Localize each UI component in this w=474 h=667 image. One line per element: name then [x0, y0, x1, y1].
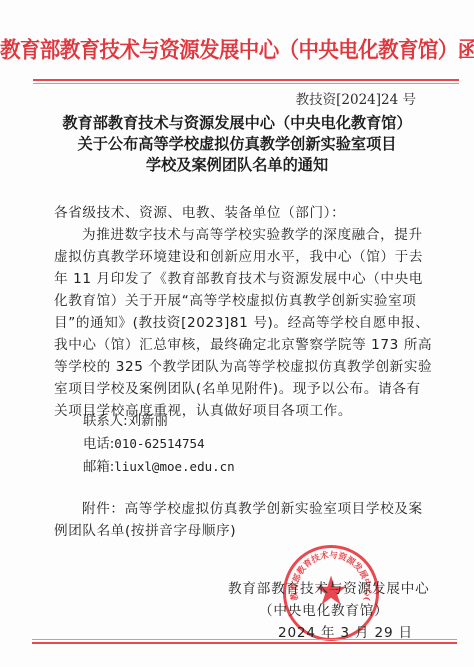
contact-phone: 电话:010-62514754	[83, 433, 235, 456]
contact-email: 邮箱:liuxl@moe.edu.cn	[83, 456, 235, 479]
letterhead-rule-thin	[33, 83, 459, 84]
contact-phone-number: 010-62514754	[114, 436, 204, 451]
paragraph-line: 虚拟仿真教学环境建设和创新应用水平，我中心（馆）于去	[54, 246, 434, 268]
contact-phone-label: 电话:	[83, 437, 114, 452]
paragraph-line: 等学校的 325 个教学团队为高等学校虚拟仿真教学创新实验	[54, 356, 434, 378]
title-line-2: 关于公布高等学校虚拟仿真教学创新实验室项目	[0, 134, 474, 155]
title-line-3: 学校及案例团队名单的通知	[0, 155, 474, 176]
signoff-date: 2024 年 3 月 29 日	[278, 622, 413, 644]
letterhead-rule-thick	[33, 79, 459, 81]
paragraph-line: 化教育馆）关于开展“高等学校虚拟仿真教学创新实验室项	[54, 290, 434, 312]
paragraph-line: 我中心（馆）汇总审核，最终确定北京警察学院等 173 所高	[54, 334, 434, 356]
letterhead-title: 教育部教育技术与资源发展中心（中央电化教育馆）函件	[0, 32, 474, 64]
footer-rule-thick	[32, 642, 457, 644]
signoff-org: 教育部教育技术与资源发展中心	[228, 578, 430, 600]
footer-rule-thin	[32, 639, 457, 640]
contact-person-label: 联系人:	[83, 414, 128, 429]
notice-title: 教育部教育技术与资源发展中心（中央电化教育馆） 关于公布高等学校虚拟仿真教学创新…	[0, 113, 474, 176]
title-line-1: 教育部教育技术与资源发展中心（中央电化教育馆）	[0, 113, 474, 134]
contact-block: 联系人:刘新丽 电话:010-62514754 邮箱:liuxl@moe.edu…	[83, 411, 235, 479]
notice-body: 各省级技术、资源、电教、装备单位（部门）： 为推进数字技术与高等学校实验教学的深…	[54, 202, 434, 422]
document-number: 教技资[2024]24 号	[296, 88, 416, 108]
attachment-line-2: 例团队名单(按拼音字母顺序)	[54, 520, 423, 542]
signoff-org-alt: （中央电化教育馆）	[259, 600, 389, 622]
paragraph-line: 室项目学校及案例团队(名单见附件)。现予以公布。请各有	[54, 378, 434, 400]
paragraph-line: 目”的通知》(教技资[2023]81 号)。经高等学校自愿申报、	[54, 312, 434, 334]
paragraph-line: 年 11 月印发了《教育部教育技术与资源发展中心（中央电	[54, 268, 434, 290]
contact-email-address[interactable]: liuxl@moe.edu.cn	[114, 459, 234, 474]
contact-email-label: 邮箱:	[83, 460, 114, 475]
contact-person: 联系人:刘新丽	[83, 411, 235, 433]
document-page: 教育部教育技术与资源发展中心（中央电化教育馆）函件 教技资[2024]24 号 …	[0, 0, 474, 667]
attachment-note: 附件：高等学校虚拟仿真教学创新实验室项目学校及案 例团队名单(按拼音字母顺序)	[54, 498, 423, 542]
contact-person-name: 刘新丽	[128, 414, 168, 429]
paragraph-line: 为推进数字技术与高等学校实验教学的深度融合，提升	[54, 224, 434, 246]
salutation: 各省级技术、资源、电教、装备单位（部门）：	[54, 202, 434, 224]
attachment-line-1: 附件：高等学校虚拟仿真教学创新实验室项目学校及案	[54, 498, 423, 520]
